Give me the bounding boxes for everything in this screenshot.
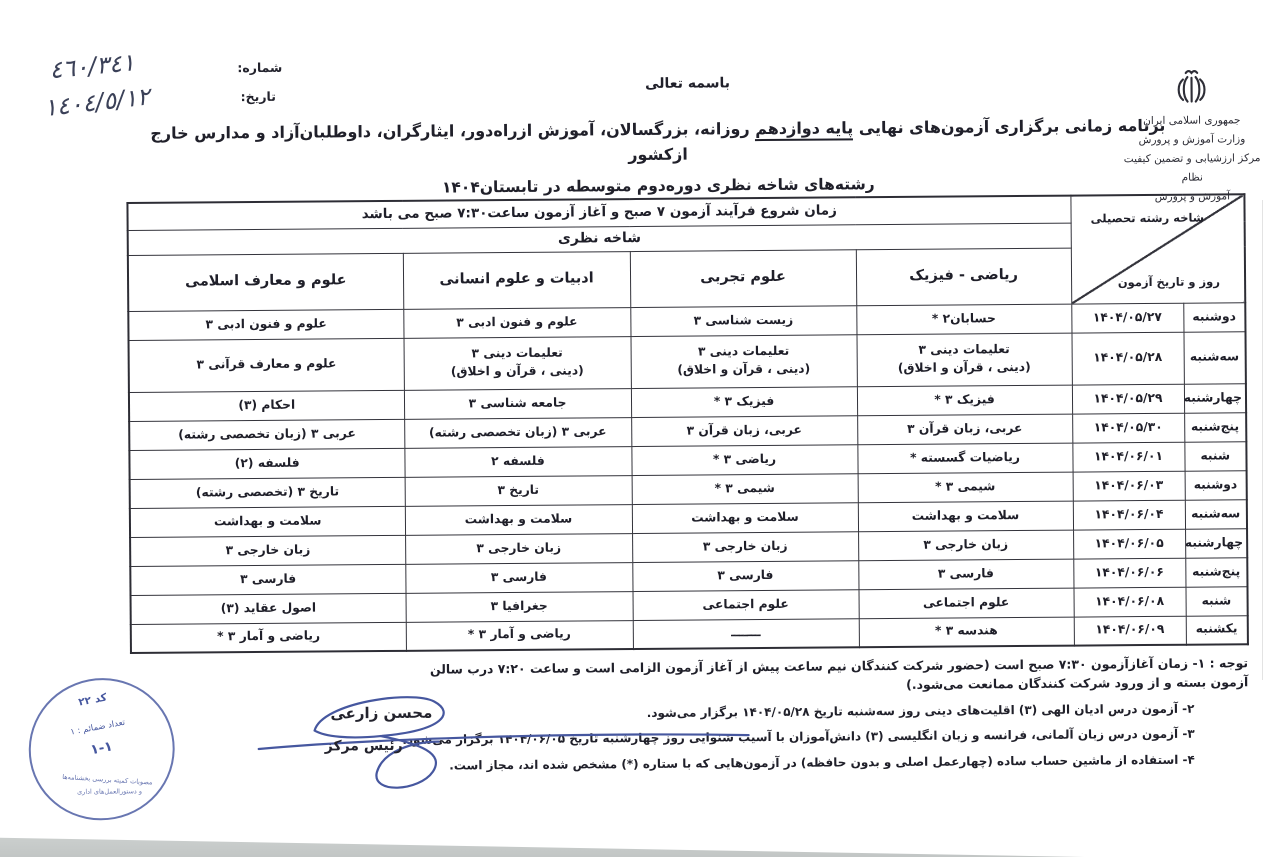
day-cell: سه‌شنبه	[1185, 499, 1247, 528]
subject-cell: زیست شناسی ۳	[630, 305, 856, 336]
day-cell: چهارشنبه	[1185, 528, 1247, 557]
besmele: باسمه تعالی	[337, 73, 1037, 94]
stamp-arc-text: مصوبات کمیته بررسی بخشنامه‌ها	[36, 771, 178, 788]
subject-cell: زبان خارجی ۳	[858, 530, 1073, 561]
date-cell: ۱۴۰۴/۰۶/۰۳	[1073, 471, 1185, 501]
subject-cell: حسابان۲ *	[856, 304, 1071, 335]
day-cell: دوشنبه	[1183, 302, 1245, 331]
day-cell: شنبه	[1185, 586, 1247, 615]
exam-schedule-table: شاخه رشته تحصیلی روز و تاریخ آزمون زمان …	[126, 193, 1249, 654]
ref-date-label: تاریخ:	[241, 89, 276, 104]
subject-cell: احکام (۳)	[129, 390, 404, 421]
date-cell: ۱۴۰۴/۰۵/۳۰	[1072, 413, 1184, 443]
subject-cell: علوم اجتماعی	[633, 589, 859, 620]
day-cell: دوشنبه	[1185, 470, 1247, 499]
subject-cell: زبان خارجی ۳	[632, 531, 858, 562]
subject-cell: سلامت و بهداشت	[632, 502, 858, 533]
day-cell: پنج‌شنبه	[1184, 412, 1246, 441]
table-row: سه‌شنبه ۱۴۰۴/۰۵/۲۸ تعلیمات دینی ۳ (دینی …	[129, 331, 1246, 392]
date-cell: ۱۴۰۴/۰۶/۰۸	[1074, 587, 1186, 617]
subject-cell: تعلیمات دینی ۳ (دینی ، قرآن و اخلاق)	[404, 336, 631, 390]
doc-title-line1: برنامه زمانی برگزاری آزمون‌های نهایی پای…	[126, 114, 1190, 172]
subject-cell: فارسی ۳	[858, 559, 1073, 590]
subject-cell: جامعه شناسی ۳	[404, 388, 631, 419]
date-cell: ۱۴۰۴/۰۶/۰۴	[1073, 500, 1185, 530]
subject-cell: ریاضیات گسسته *	[857, 443, 1072, 474]
corner-header-cell: شاخه رشته تحصیلی روز و تاریخ آزمون	[1070, 194, 1245, 303]
subject-cell: فلسفه ۲	[404, 446, 631, 477]
office-stamp: کد ۲۲ تعداد ضمائم : ۱ ۱-۱ مصوبات کمیته ب…	[17, 666, 186, 832]
subject-cell: شیمی ۳ *	[632, 473, 858, 504]
date-cell: ۱۴۰۴/۰۶/۰۹	[1074, 616, 1186, 646]
title-pre: برنامه زمانی برگزاری آزمون‌های نهایی	[853, 116, 1165, 137]
day-cell: چهارشنبه	[1184, 383, 1246, 412]
date-cell: ۱۴۰۴/۰۶/۰۱	[1072, 442, 1184, 472]
subject-cell: عربی ۳ (زبان تخصصی رشته)	[404, 417, 631, 448]
subject-cell: فارسی ۳	[405, 562, 632, 593]
title-grade-underlined: پایه دوازدهم	[755, 118, 853, 141]
date-cell: ۱۴۰۴/۰۵/۲۷	[1071, 303, 1183, 333]
subject-cell: هندسه ۳ *	[859, 617, 1074, 648]
subject-cell: شیمی ۳ *	[858, 472, 1073, 503]
date-cell: ۱۴۰۴/۰۶/۰۵	[1073, 529, 1185, 559]
subject-cell: علوم و معارف قرآنی ۳	[129, 338, 404, 392]
day-cell: سه‌شنبه	[1183, 331, 1245, 383]
column-header-adabiat-ensani: ادبیات و علوم انسانی	[403, 251, 630, 309]
subject-cell: زبان خارجی ۳	[405, 533, 632, 564]
day-cell: یکشنبه	[1186, 615, 1248, 644]
ref-number-label: شماره:	[237, 60, 282, 75]
subject-cell: فارسی ۳	[130, 564, 405, 595]
subject-cell: ریاضی ۳ *	[631, 444, 857, 475]
subject-cell: فیزیک ۳ *	[631, 386, 857, 417]
subject-cell: ـــــــ	[633, 618, 859, 649]
column-header-riazi-fizik: ریاضی - فیزیک	[856, 248, 1071, 306]
subject-cell: سلامت و بهداشت	[858, 501, 1073, 532]
subject-cell: علوم و فنون ادبی ۳	[403, 307, 630, 338]
title-post: روزانه، بزرگسالان، آموزش ازراه‌دور، ایثا…	[150, 119, 755, 164]
date-cell: ۱۴۰۴/۰۵/۲۸	[1071, 332, 1183, 385]
column-header-olum-maaref-eslami: علوم و معارف اسلامی	[128, 253, 403, 311]
subject-cell: فیزیک ۳ *	[857, 385, 1072, 416]
subject-cell: فارسی ۳	[632, 560, 858, 591]
doc-title: برنامه زمانی برگزاری آزمون‌های نهایی پای…	[126, 114, 1191, 202]
day-cell: پنج‌شنبه	[1185, 557, 1247, 586]
day-cell: شنبه	[1184, 441, 1246, 470]
scan-page-edge	[1262, 200, 1263, 680]
ref-number-value: ٤٦٠/٣٤١	[48, 46, 136, 86]
subject-cell: ریاضی و آمار ۳ *	[131, 622, 406, 653]
subject-cell: عربی، زبان قرآن ۳	[857, 414, 1072, 445]
date-cell: ۱۴۰۴/۰۶/۰۶	[1073, 558, 1185, 588]
signatory-title: رئیس مرکز	[325, 738, 403, 755]
iran-emblem-icon	[1173, 68, 1209, 108]
subject-cell: عربی، زبان قرآن ۳	[631, 415, 857, 446]
signatory-name: محسن زارعی	[330, 704, 432, 723]
stamp-arc-text: و دستورالعمل‌های اداری	[38, 787, 180, 796]
subject-cell: ریاضی و آمار ۳ *	[406, 620, 633, 651]
ref-date-value: ١٤٠٤/٥/١٢	[42, 80, 151, 124]
document-content: ٤٦٠/٣٤١ ١٤٠٤/٥/١٢ شماره: تاریخ: جمهوری ا…	[0, 0, 1276, 857]
subject-cell: تاریخ ۳ (تخصصی رشته)	[130, 477, 405, 508]
corner-daydate-label: روز و تاریخ آزمون	[1098, 273, 1241, 291]
column-header-olum-tajrobi: علوم تجربی	[630, 249, 856, 307]
subject-cell: جغرافیا ۳	[406, 591, 633, 622]
subject-cell: اصول عقاید (۳)	[131, 593, 406, 624]
subject-cell: زبان خارجی ۳	[130, 535, 405, 566]
subject-cell: فلسفه (۲)	[129, 448, 404, 479]
scanned-document-page: ٤٦٠/٣٤١ ١٤٠٤/٥/١٢ شماره: تاریخ: جمهوری ا…	[0, 0, 1276, 857]
subject-cell: سلامت و بهداشت	[130, 506, 405, 537]
subject-cell: علوم و فنون ادبی ۳	[128, 309, 403, 340]
subject-cell: تعلیمات دینی ۳ (دینی ، قرآن و اخلاق)	[631, 334, 857, 388]
corner-branch-label: شاخه رشته تحصیلی	[1077, 209, 1218, 227]
subject-cell: عربی ۳ (زبان تخصصی رشته)	[129, 419, 404, 450]
signature-block: محسن زارعی رئیس مرکز	[252, 683, 753, 807]
subject-cell: سلامت و بهداشت	[405, 504, 632, 535]
date-cell: ۱۴۰۴/۰۵/۲۹	[1072, 384, 1184, 414]
subject-cell: تاریخ ۳	[405, 475, 632, 506]
subject-cell: تعلیمات دینی ۳ (دینی ، قرآن و اخلاق)	[857, 333, 1072, 387]
subject-cell: علوم اجتماعی	[859, 588, 1074, 619]
